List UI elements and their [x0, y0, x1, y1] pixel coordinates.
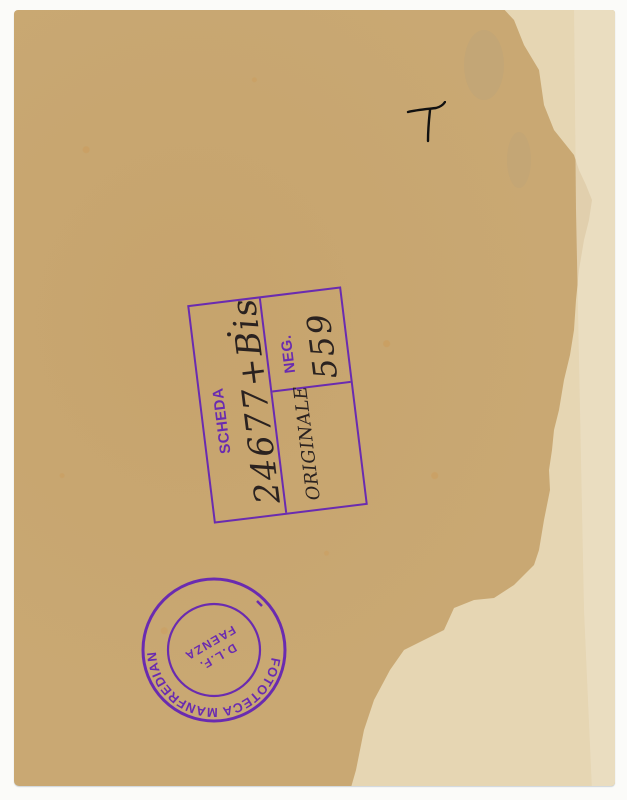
neg-label: NEG.	[278, 334, 300, 374]
scheda-label: SCHEDA	[210, 387, 235, 455]
handwritten-t-mark: T	[406, 101, 446, 143]
original-cell: ORIGINALE	[272, 383, 365, 513]
neg-number: 559	[299, 310, 345, 381]
neg-cell: NEG. 559	[261, 289, 351, 393]
fototeca-round-stamp: FOTOTECA MANFREDIANA D.L.F. FAENZA	[139, 575, 289, 725]
record-stamp: SCHEDA 24677+Bis NEG. 559 ORIGINALE	[187, 286, 368, 523]
original-note: ORIGINALE	[290, 385, 325, 502]
photo-verso-paper: T SCHEDA 24677+Bis NEG. 559 ORIGINALE FO…	[14, 10, 615, 786]
